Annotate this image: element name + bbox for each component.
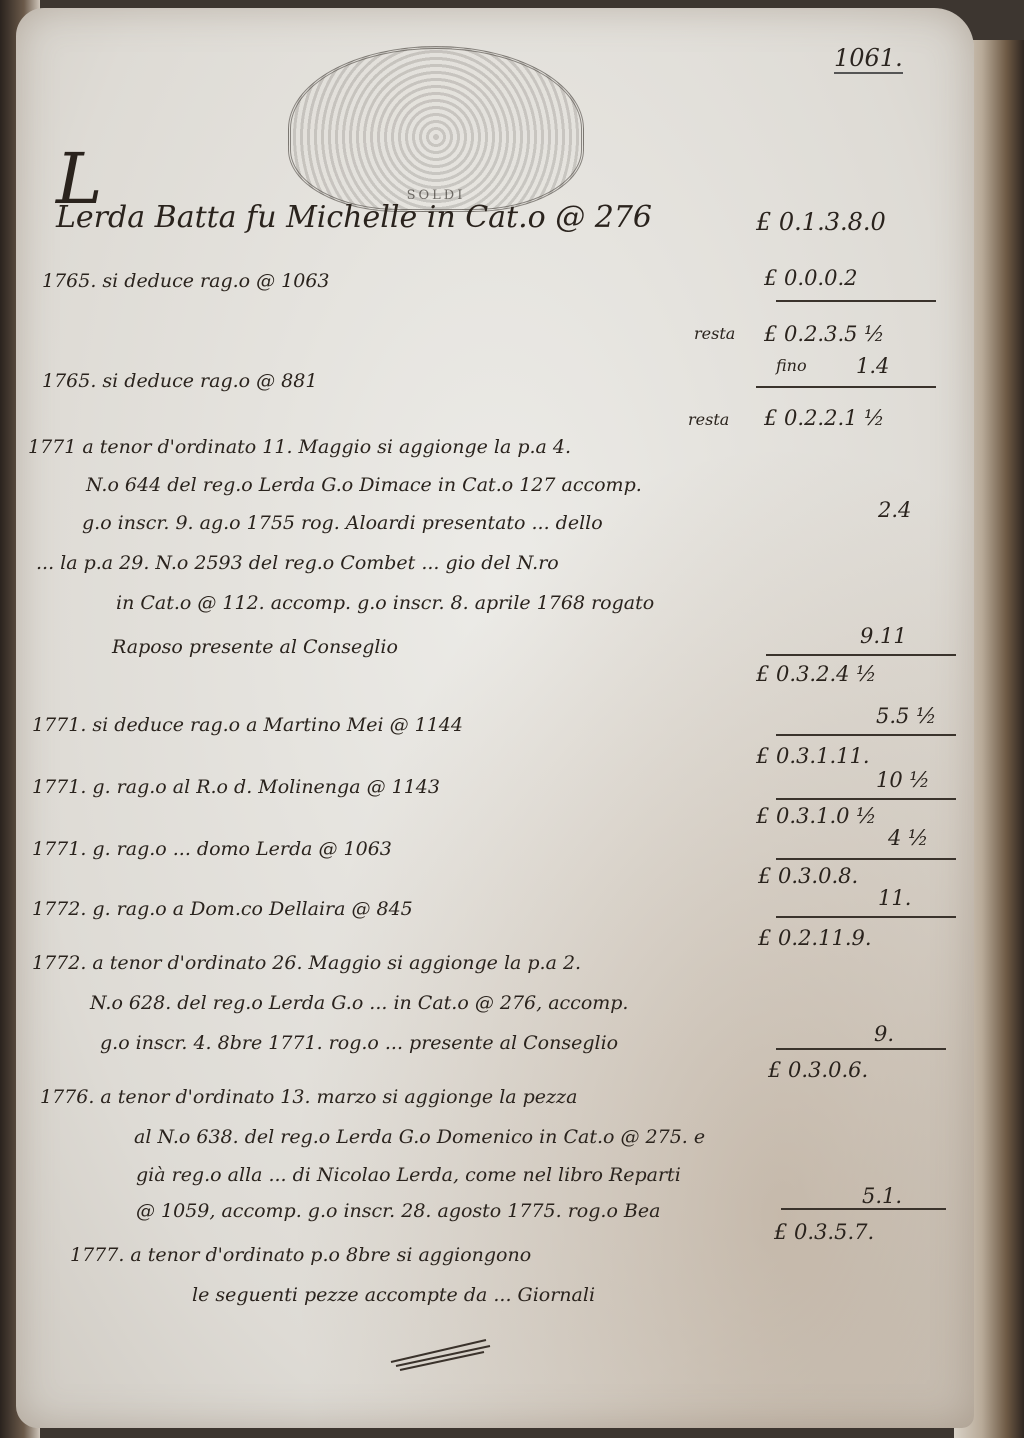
entry-amount: £ 0.2.3.5 ½ (764, 322, 885, 346)
sub-amount: 9.11 (860, 624, 907, 648)
sum-rule (781, 1208, 946, 1210)
entry-line: g.o inscr. 4. 8bre 1771. rog.o ... prese… (100, 1032, 618, 1054)
sum-rule (776, 1048, 946, 1050)
sub-amount: 10 ½ (876, 768, 930, 792)
ledger-page: SOLDI 1061. L Lerda Batta fu Michelle in… (16, 8, 974, 1428)
entry-line: Raposo presente al Conseglio (112, 636, 398, 658)
entry-line: 1772. a tenor d'ordinato 26. Maggio si a… (32, 952, 581, 974)
entry-line: 1765. si deduce rag.o @ 1063 (42, 270, 330, 292)
sum-rule (776, 300, 936, 302)
entry-line: già reg.o alla ... di Nicolao Lerda, com… (136, 1164, 681, 1186)
heading-title: Lerda Batta fu Michelle in Cat.o @ 276 (56, 200, 652, 235)
heading-amount: £ 0.1.3.8.0 (756, 208, 886, 236)
sub-amount: 11. (878, 886, 911, 910)
sub-amount: 5.5 ½ (876, 704, 936, 728)
sub-amount: 5.1. (862, 1184, 902, 1208)
entry-line: 1765. si deduce rag.o @ 881 (42, 370, 317, 392)
sum-rule (766, 654, 956, 656)
sub-amount: 4 ½ (888, 826, 928, 850)
entry-amount: £ 0.0.0.2 (764, 266, 858, 290)
entry-line: 1771. g. rag.o al R.o d. Molinenga @ 114… (32, 776, 440, 798)
resta-label: resta (694, 324, 735, 343)
sum-rule (776, 798, 956, 800)
resta-label: resta (688, 410, 729, 429)
folio-number: 1061. (834, 44, 903, 74)
entry-line: N.o 628. del reg.o Lerda G.o ... in Cat.… (90, 992, 628, 1014)
sum-rule (756, 386, 936, 388)
entry-amount: £ 0.2.2.1 ½ (764, 406, 885, 430)
sum-rule (776, 734, 956, 736)
entry-line: 1771. g. rag.o ... domo Lerda @ 1063 (32, 838, 392, 860)
fino-label: fino (776, 356, 807, 375)
entry-amount: £ 0.3.1.0 ½ (756, 804, 877, 828)
tax-stamp-icon: SOLDI (288, 46, 584, 212)
sum-rule (776, 858, 956, 860)
entry-line: 1777. a tenor d'ordinato p.o 8bre si agg… (70, 1244, 531, 1266)
entry-line: le seguenti pezze accompte da ... Giorna… (192, 1284, 595, 1306)
entry-amount: £ 0.3.2.4 ½ (756, 662, 877, 686)
entry-line: 1771 a tenor d'ordinato 11. Maggio si ag… (28, 436, 571, 458)
entry-amount: 1.4 (856, 354, 889, 378)
entry-line: @ 1059, accomp. g.o inscr. 28. agosto 17… (136, 1200, 660, 1222)
entry-line: 1771. si deduce rag.o a Martino Mei @ 11… (32, 714, 463, 736)
sub-amount: 9. (874, 1022, 894, 1046)
entry-line: g.o inscr. 9. ag.o 1755 rog. Aloardi pre… (82, 512, 603, 534)
entry-amount: £ 0.3.1.11. (756, 744, 870, 768)
entry-line: 1776. a tenor d'ordinato 13. marzo si ag… (40, 1086, 577, 1108)
entry-line: N.o 644 del reg.o Lerda G.o Dimace in Ca… (86, 474, 642, 496)
entry-amount: £ 0.3.0.6. (768, 1058, 868, 1082)
sub-amount: 2.4 (878, 498, 911, 522)
entry-line: al N.o 638. del reg.o Lerda G.o Domenico… (134, 1126, 705, 1148)
entry-line: ... la p.a 29. N.o 2593 del reg.o Combet… (36, 552, 559, 574)
entry-line: 1772. g. rag.o a Dom.co Dellaira @ 845 (32, 898, 413, 920)
sum-rule (776, 916, 956, 918)
pen-scribble-icon (386, 1332, 496, 1372)
entry-amount: £ 0.3.0.8. (758, 864, 858, 888)
entry-amount: £ 0.2.11.9. (758, 926, 872, 950)
entry-amount: £ 0.3.5.7. (774, 1220, 874, 1244)
entry-line: in Cat.o @ 112. accomp. g.o inscr. 8. ap… (116, 592, 654, 614)
